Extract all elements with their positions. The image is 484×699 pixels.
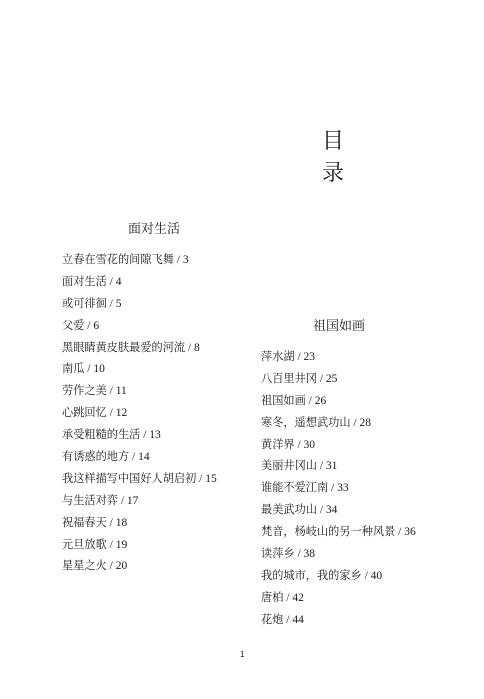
toc-item-title: 谁能不爱江南: [261, 481, 328, 494]
toc-item-title: 心跳回忆: [62, 406, 107, 419]
toc-item[interactable]: 黄洋界 / 30: [261, 437, 416, 459]
toc-item[interactable]: 面对生活 / 4: [62, 274, 217, 296]
toc-separator: /: [174, 254, 183, 266]
toc-separator: /: [283, 592, 292, 604]
toc-item[interactable]: 南瓜 / 10: [62, 361, 217, 383]
toc-separator: /: [295, 351, 304, 363]
toc-item-title: 立春在雪花的间隙飞舞: [62, 253, 174, 266]
toc-item[interactable]: 美丽井冈山 / 31: [261, 458, 416, 480]
toc-separator: /: [107, 517, 116, 529]
page-number: 1: [240, 650, 244, 659]
toc-item-title: 黑眼睛黄皮肤最爱的河流: [62, 341, 185, 354]
toc-item-title: 有诱惑的地方: [62, 450, 129, 463]
toc-item-page: 23: [304, 351, 316, 363]
toc-item[interactable]: 唐柏 / 42: [261, 590, 416, 612]
toc-item-page: 5: [116, 298, 122, 310]
toc-separator: /: [395, 526, 404, 538]
toc-item-title: 面对生活: [62, 275, 107, 288]
toc-item-page: 11: [116, 385, 127, 397]
toc-item-page: 14: [138, 451, 150, 463]
toc-item-title: 我这样描写中国好人胡启初: [62, 472, 196, 485]
toc-item-title: 我的城市，我的家乡: [261, 569, 362, 582]
toc-item-page: 44: [292, 614, 304, 626]
toc-item[interactable]: 花炮 / 44: [261, 612, 416, 634]
toc-item[interactable]: 祖国如画 / 26: [261, 393, 416, 415]
toc-item[interactable]: 与生活对弈 / 17: [62, 493, 217, 515]
toc-item-page: 19: [116, 539, 128, 551]
toc-item-page: 33: [337, 482, 349, 494]
toc-item[interactable]: 寒冬，遥想武功山 / 28: [261, 415, 416, 437]
toc-separator: /: [129, 451, 138, 463]
toc-item[interactable]: 父爱 / 6: [62, 318, 217, 340]
toc-separator: /: [317, 373, 326, 385]
toc-item[interactable]: 有诱惑的地方 / 14: [62, 449, 217, 471]
toc-separator: /: [107, 276, 116, 288]
toc-item-title: 黄洋界: [261, 438, 295, 451]
toc-item-page: 8: [194, 342, 200, 354]
title-char-2: 录: [321, 163, 345, 185]
toc-item-page: 40: [371, 570, 383, 582]
toc-item-page: 34: [326, 504, 338, 516]
toc-item-page: 12: [116, 407, 128, 419]
toc-separator: /: [196, 473, 205, 485]
toc-item-page: 30: [304, 439, 316, 451]
toc-item-page: 10: [93, 363, 105, 375]
toc-separator: /: [107, 385, 116, 397]
section-heading-motherland: 祖国如画: [313, 319, 365, 335]
toc-item-title: 元旦放歌: [62, 538, 107, 551]
toc-item-title: 承受粗糙的生活: [62, 428, 140, 441]
toc-item[interactable]: 劳作之美 / 11: [62, 383, 217, 405]
toc-separator: /: [107, 539, 116, 551]
toc-item-page: 25: [326, 373, 338, 385]
toc-item-page: 26: [315, 395, 327, 407]
toc-item-title: 唐柏: [261, 591, 283, 604]
toc-separator: /: [107, 407, 116, 419]
toc-item[interactable]: 立春在雪花的间隙飞舞 / 3: [62, 252, 217, 274]
toc-separator: /: [185, 342, 194, 354]
title-char-1: 目: [321, 131, 345, 153]
toc-separator: /: [140, 429, 149, 441]
toc-separator: /: [295, 548, 304, 560]
toc-item-title: 父爱: [62, 319, 84, 332]
toc-item-page: 28: [359, 417, 371, 429]
toc-separator: /: [362, 570, 371, 582]
toc-item[interactable]: 承受粗糙的生活 / 13: [62, 427, 217, 449]
toc-item[interactable]: 星星之火 / 20: [62, 558, 217, 580]
toc-item-title: 萍水湖: [261, 350, 295, 363]
toc-item[interactable]: 心跳回忆 / 12: [62, 405, 217, 427]
toc-separator: /: [118, 495, 127, 507]
toc-item[interactable]: 八百里井冈 / 25: [261, 371, 416, 393]
toc-item-page: 31: [326, 460, 338, 472]
toc-item[interactable]: 谁能不爱江南 / 33: [261, 480, 416, 502]
toc-item-page: 17: [127, 495, 139, 507]
toc-item-title: 祖国如画: [261, 394, 306, 407]
toc-item-title: 读萍乡: [261, 547, 295, 560]
toc-item-title: 星星之火: [62, 559, 107, 572]
toc-item-page: 13: [149, 429, 161, 441]
toc-item[interactable]: 读萍乡 / 38: [261, 546, 416, 568]
toc-separator: /: [317, 460, 326, 472]
toc-item-page: 3: [183, 254, 189, 266]
toc-item-title: 梵音，杨岐山的另一种风景: [261, 525, 395, 538]
toc-item-title: 美丽井冈山: [261, 459, 317, 472]
toc-item[interactable]: 或可徘徊 / 5: [62, 296, 217, 318]
toc-item-page: 18: [116, 517, 128, 529]
toc-separator: /: [283, 614, 292, 626]
toc-list-life: 立春在雪花的间隙飞舞 / 3 面对生活 / 4 或可徘徊 / 5 父爱 / 6 …: [62, 252, 217, 580]
toc-item[interactable]: 萍水湖 / 23: [261, 349, 416, 371]
toc-separator: /: [107, 560, 116, 572]
toc-item-page: 42: [292, 592, 304, 604]
toc-separator: /: [84, 320, 93, 332]
toc-item-title: 花炮: [261, 613, 283, 626]
toc-item[interactable]: 黑眼睛黄皮肤最爱的河流 / 8: [62, 340, 217, 362]
toc-item-title: 八百里井冈: [261, 372, 317, 385]
toc-item-title: 最美武功山: [261, 503, 317, 516]
toc-item[interactable]: 祝福春天 / 18: [62, 515, 217, 537]
toc-item-page: 20: [116, 560, 128, 572]
toc-item[interactable]: 元旦放歌 / 19: [62, 537, 217, 559]
toc-item-title: 或可徘徊: [62, 297, 107, 310]
toc-item-title: 寒冬，遥想武功山: [261, 416, 351, 429]
toc-item-title: 与生活对弈: [62, 494, 118, 507]
toc-item-page: 36: [404, 526, 416, 538]
toc-item-page: 15: [205, 473, 217, 485]
toc-separator: /: [328, 482, 337, 494]
toc-item-page: 4: [116, 276, 122, 288]
toc-separator: /: [317, 504, 326, 516]
toc-list-motherland: 萍水湖 / 23 八百里井冈 / 25 祖国如画 / 26 寒冬，遥想武功山 /…: [261, 349, 416, 634]
toc-item-page: 6: [93, 320, 99, 332]
toc-item[interactable]: 最美武功山 / 34: [261, 502, 416, 524]
toc-item-page: 38: [304, 548, 316, 560]
toc-item[interactable]: 我的城市，我的家乡 / 40: [261, 568, 416, 590]
toc-separator: /: [84, 363, 93, 375]
toc-item-title: 南瓜: [62, 362, 84, 375]
toc-item[interactable]: 我这样描写中国好人胡启初 / 15: [62, 471, 217, 493]
toc-separator: /: [107, 298, 116, 310]
toc-item-title: 劳作之美: [62, 384, 107, 397]
toc-separator: /: [306, 395, 315, 407]
section-heading-life: 面对生活: [128, 222, 180, 238]
toc-item-title: 祝福春天: [62, 516, 107, 529]
toc-item[interactable]: 梵音，杨岐山的另一种风景 / 36: [261, 524, 416, 546]
toc-separator: /: [295, 439, 304, 451]
